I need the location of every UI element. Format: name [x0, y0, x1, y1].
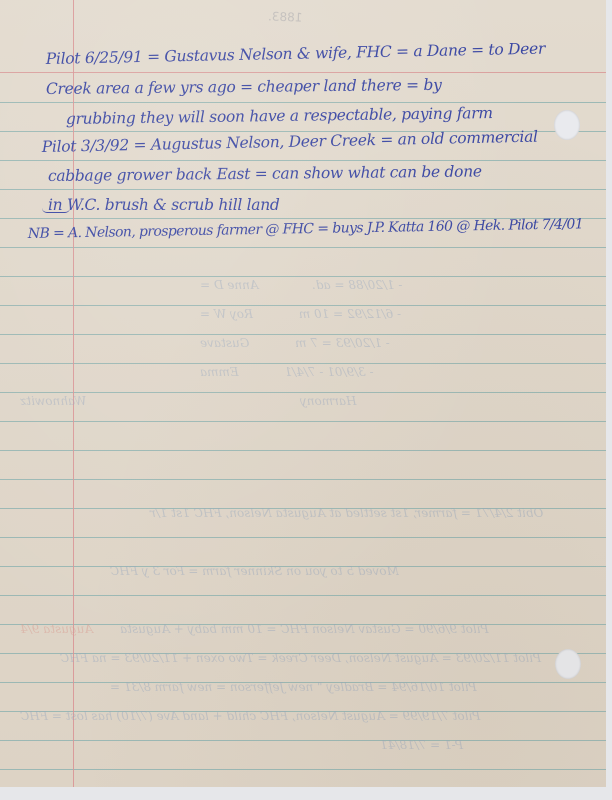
- bleed-through-writing: P-1 = 7/18/41: [380, 738, 463, 752]
- rule-line: [0, 276, 606, 277]
- bleed-through-writing: Moved 5 to you on Skinner farm = For 3 y…: [110, 564, 399, 578]
- rule-line: [0, 160, 606, 161]
- bleed-through-writing: - 1/20/88 = ad. Anne D =: [200, 278, 402, 292]
- rule-line: [0, 450, 606, 451]
- punch-hole-top: [554, 110, 580, 140]
- bleed-through-writing: - 1/20/93 = 7 m Gustave: [200, 336, 390, 350]
- rule-line: [0, 363, 606, 364]
- rule-line: [0, 769, 606, 770]
- entry-1-line-3: grubbing they will soon have a respectab…: [66, 104, 493, 128]
- top-red-rule: [0, 72, 606, 73]
- bleed-through-writing: Harmony: [300, 394, 356, 408]
- entry-3-line-1: NB = A. Nelson, prosperous farmer @ FHC …: [28, 216, 584, 242]
- notebook-page: 1883. - 1/20/88 = ad. Anne D = - 6/12/92…: [0, 0, 606, 787]
- bleed-through-writing: - 3/9/01 - 7/4/1 Emma: [200, 365, 374, 379]
- rule-line: [0, 392, 606, 393]
- rule-line: [0, 479, 606, 480]
- entry-2-line-2: cabbage grower back East = can show what…: [48, 162, 482, 185]
- underline-mark: [42, 208, 70, 213]
- bleed-through-writing: Pilot 7/19/99 = August Nelson, FHC child…: [20, 709, 480, 723]
- rule-line: [0, 189, 606, 190]
- rule-line: [0, 537, 606, 538]
- bleed-through-writing: Obit 2/4/71 = farmer, 1st settled at Aug…: [150, 506, 543, 520]
- bleed-through-stamp: 1883.: [268, 9, 303, 24]
- entry-1-line-1: Pilot 6/25/91 = Gustavus Nelson & wife, …: [46, 40, 546, 68]
- rule-line: [0, 334, 606, 335]
- bleed-through-writing: Augusta 9/4: [20, 622, 93, 636]
- rule-line: [0, 421, 606, 422]
- bleed-through-writing: Wahnowitz: [20, 394, 86, 408]
- rule-line: [0, 595, 606, 596]
- bleed-through-writing: - 6/12/92 = 10 m Roy W =: [200, 307, 401, 321]
- rule-line: [0, 247, 606, 248]
- entry-1-line-2: Creek area a few yrs ago = cheaper land …: [46, 76, 442, 98]
- bleed-through-writing: Pilot 10/16/94 = Bradley " new Jefferson…: [110, 680, 477, 694]
- bleed-through-writing: Pilot 9/6/90 = Gustav Nelson FHC = 10 mm…: [120, 622, 489, 636]
- rule-line: [0, 305, 606, 306]
- bleed-through-writing: Pilot 11/20/93 = August Nelson, Deer Cre…: [60, 651, 541, 665]
- entry-2-line-3: in W.C. brush & scrub hill land: [48, 196, 280, 214]
- rule-line: [0, 740, 606, 741]
- rule-line: [0, 102, 606, 103]
- punch-hole-bottom: [555, 649, 581, 679]
